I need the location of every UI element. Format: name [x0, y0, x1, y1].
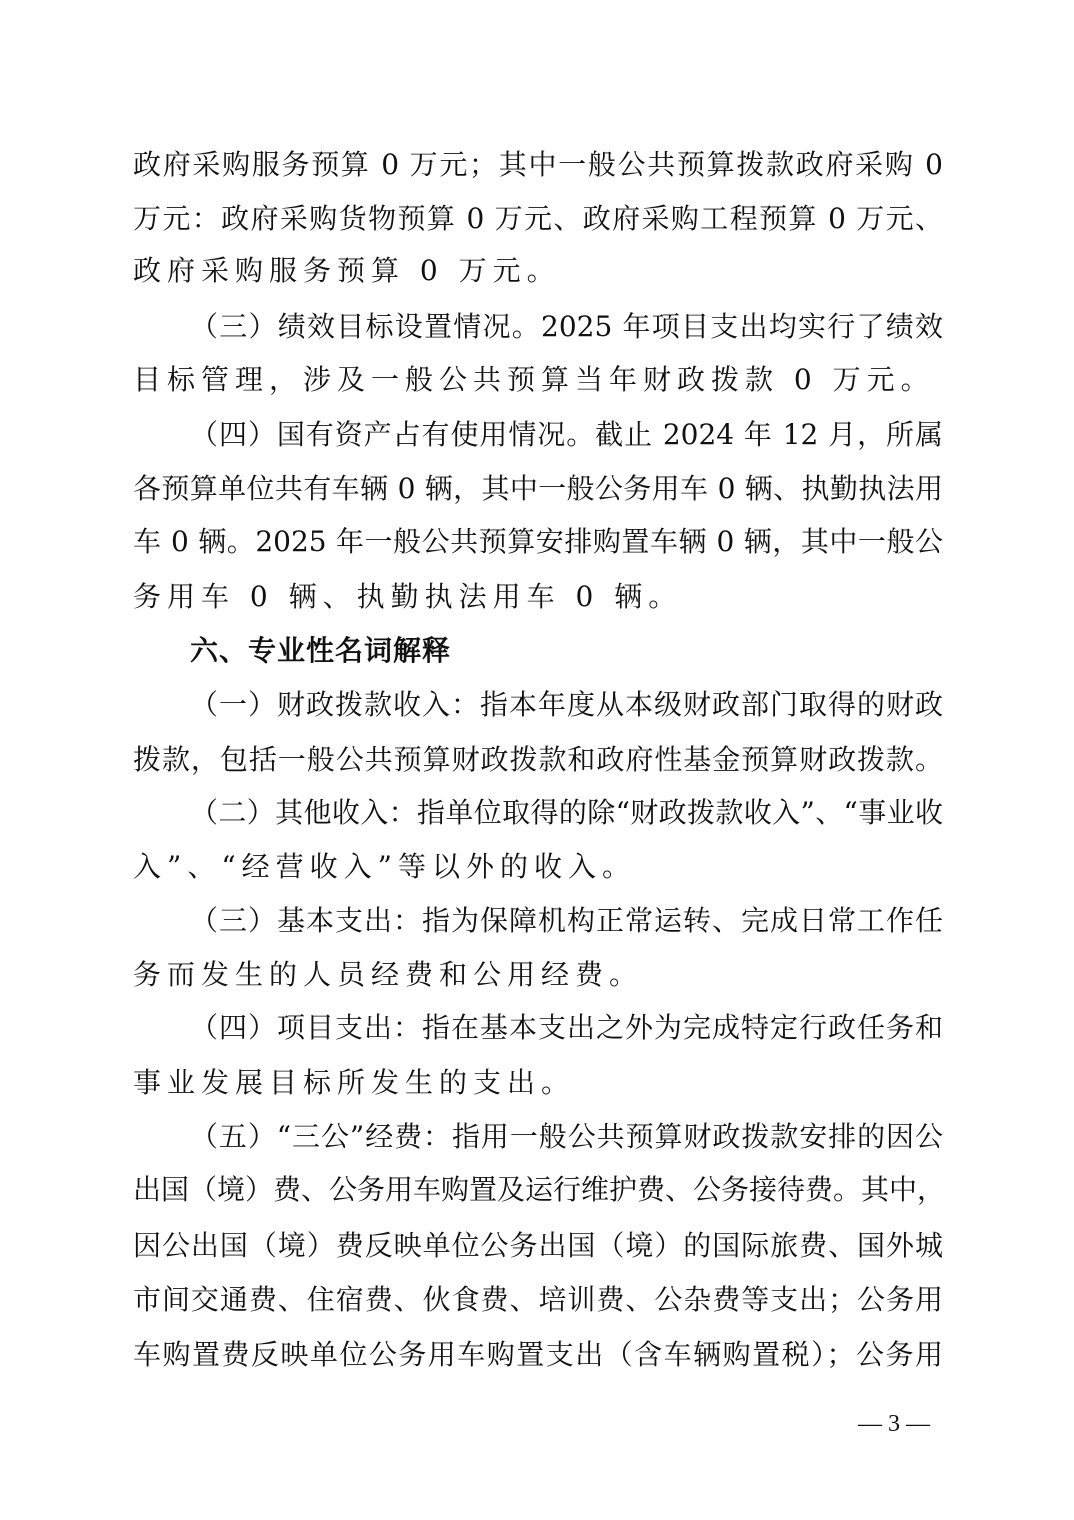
paragraph-line: （四）国有资产占有使用情况。截止 2024 年 12 月，所属	[190, 415, 943, 455]
paragraph-line: （三）基本支出：指为保障机构正常运转、完成日常工作任	[190, 901, 943, 941]
paragraph-line: 因公出国（境）费反映单位公务出国（境）的国际旅费、国外城	[133, 1226, 943, 1266]
paragraph-line: 政府采购服务预算 0 万元；其中一般公共预算拨款政府采购 0	[133, 145, 943, 185]
paragraph-line: 拨款，包括一般公共预算财政拨款和政府性基金预算财政拨款。	[133, 740, 943, 780]
page-number: — 3 —	[858, 1408, 930, 1440]
paragraph-line: 政府采购服务预算 0 万元。	[133, 251, 943, 291]
paragraph-line: 车 0 辆。2025 年一般公共预算安排购置车辆 0 辆，其中一般公	[133, 522, 943, 562]
paragraph-line: 车购置费反映单位公务用车购置支出（含车辆购置税）；公务用	[133, 1335, 943, 1375]
paragraph-line: （三）绩效目标设置情况。2025 年项目支出均实行了绩效	[190, 307, 943, 347]
paragraph-line: 万元：政府采购货物预算 0 万元、政府采购工程预算 0 万元、	[133, 199, 943, 239]
paragraph-line: 市间交通费、住宿费、伙食费、培训费、公杂费等支出；公务用	[133, 1280, 943, 1320]
paragraph-line: 出国（境）费、公务用车购置及运行维护费、公务接待费。其中，	[133, 1170, 943, 1210]
section-heading: 六、专业性名词解释	[190, 631, 451, 671]
paragraph-line: 务而发生的人员经费和公用经费。	[133, 955, 943, 995]
paragraph-line: 事业发展目标所发生的支出。	[133, 1063, 943, 1103]
paragraph-line: （二）其他收入：指单位取得的除“财政拨款收入”、“事业收	[190, 793, 943, 833]
paragraph-line: （四）项目支出：指在基本支出之外为完成特定行政任务和	[190, 1008, 943, 1048]
paragraph-line: 入”、“经营收入”等以外的收入。	[133, 847, 943, 887]
paragraph-line: 务用车 0 辆、执勤执法用车 0 辆。	[133, 577, 943, 617]
paragraph-line: （一）财政拨款收入：指本年度从本级财政部门取得的财政	[190, 685, 943, 725]
paragraph-line: 各预算单位共有车辆 0 辆，其中一般公务用车 0 辆、执勤执法用	[133, 469, 943, 509]
paragraph-line: （五）“三公”经费：指用一般公共预算财政拨款安排的因公	[190, 1117, 943, 1157]
document-page: 政府采购服务预算 0 万元；其中一般公共预算拨款政府采购 0 万元：政府采购货物…	[0, 0, 1074, 1520]
paragraph-line: 目标管理，涉及一般公共预算当年财政拨款 0 万元。	[133, 360, 943, 400]
